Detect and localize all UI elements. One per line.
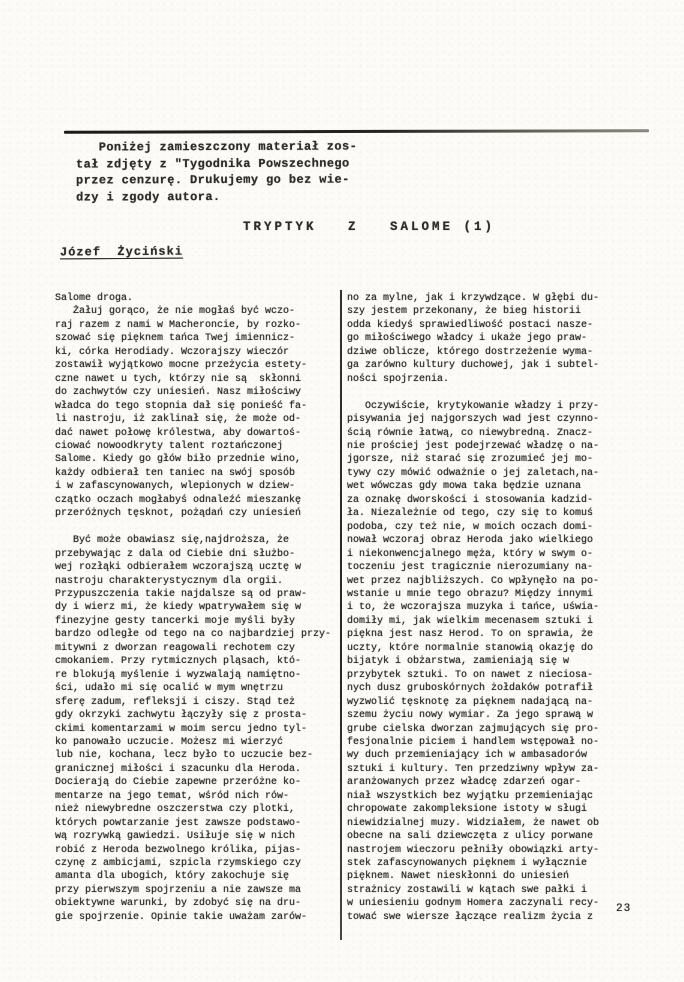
right-text-column: no za mylne, jak i krzywdzące. W głębi d… (347, 292, 641, 924)
scanned-document-page: Poniżej zamieszczony materiał zos- tał z… (0, 0, 684, 982)
article-author: Józef Życiński (60, 245, 183, 260)
censorship-notice: Poniżej zamieszczony materiał zos- tał z… (76, 139, 357, 206)
page-number: 23 (616, 903, 631, 915)
article-title: TRYPTYK Z SALOME (1) (243, 220, 495, 234)
left-text-column: Salome droga. Żałuj gorąco, że nie mogła… (55, 292, 343, 924)
horizontal-rule (64, 129, 649, 134)
column-divider-rule (340, 290, 342, 940)
